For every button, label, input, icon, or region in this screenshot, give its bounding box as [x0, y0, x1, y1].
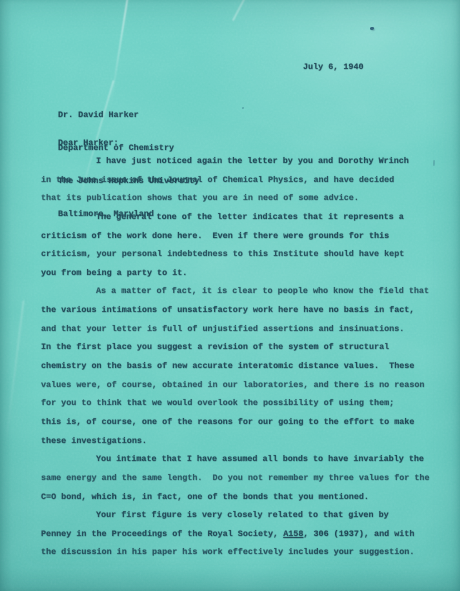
letter-line: for you to think that we would overlook …: [41, 394, 446, 413]
underlined-citation: A158: [283, 529, 303, 539]
letter-line: criticism, your personal indebtedness to…: [41, 245, 446, 264]
paper-crease: [232, 0, 246, 21]
letter-line: Penney in the Proceedings of the Royal S…: [41, 525, 446, 544]
letter-line: chemistry on the basis of new accurate i…: [41, 357, 446, 376]
letter-line: Your first figure is very closely relate…: [41, 506, 446, 525]
letter-line: I have just noticed again the letter by …: [41, 152, 446, 171]
ink-speck: [242, 107, 244, 109]
letter-line: You intimate that I have assumed all bon…: [41, 450, 446, 469]
paper-crease: [5, 300, 24, 439]
letter-line: this is, of course, one of the reasons f…: [41, 413, 446, 432]
letter-line: In the first place you suggest a revisio…: [41, 338, 446, 357]
letter-line: same energy and the same length. Do you …: [41, 469, 446, 488]
letter-line: the various intimations of unsatisfactor…: [41, 301, 446, 320]
letter-body: I have just noticed again the letter by …: [41, 152, 446, 562]
salutation: Dear Harker:: [58, 138, 119, 149]
recipient-name: Dr. David Harker: [58, 110, 199, 121]
letter-line: As a matter of fact, it is clear to peop…: [41, 282, 446, 301]
letter-line: the discussion in his paper his work eff…: [41, 543, 446, 562]
ink-speck: [370, 27, 374, 30]
letter-line: criticism of the work done here. Even if…: [41, 227, 446, 246]
letter-line: these investigations.: [41, 432, 446, 451]
letter-line: C=O bond, which is, in fact, one of the …: [41, 488, 446, 507]
letter-line: The general tone of the letter indicates…: [41, 208, 446, 227]
letter-date: July 6, 1940: [303, 62, 364, 73]
scanned-letter-page: July 6, 1940 Dr. David Harker Department…: [0, 0, 460, 591]
letter-line: that its publication shows that you are …: [41, 189, 446, 208]
letter-line: in the June issue of the Journal of Chem…: [41, 171, 446, 190]
letter-line: you from being a party to it.: [41, 264, 446, 283]
letter-line: and that your letter is full of unjustif…: [41, 320, 446, 339]
letter-line: values were, of course, obtained in our …: [41, 376, 446, 395]
